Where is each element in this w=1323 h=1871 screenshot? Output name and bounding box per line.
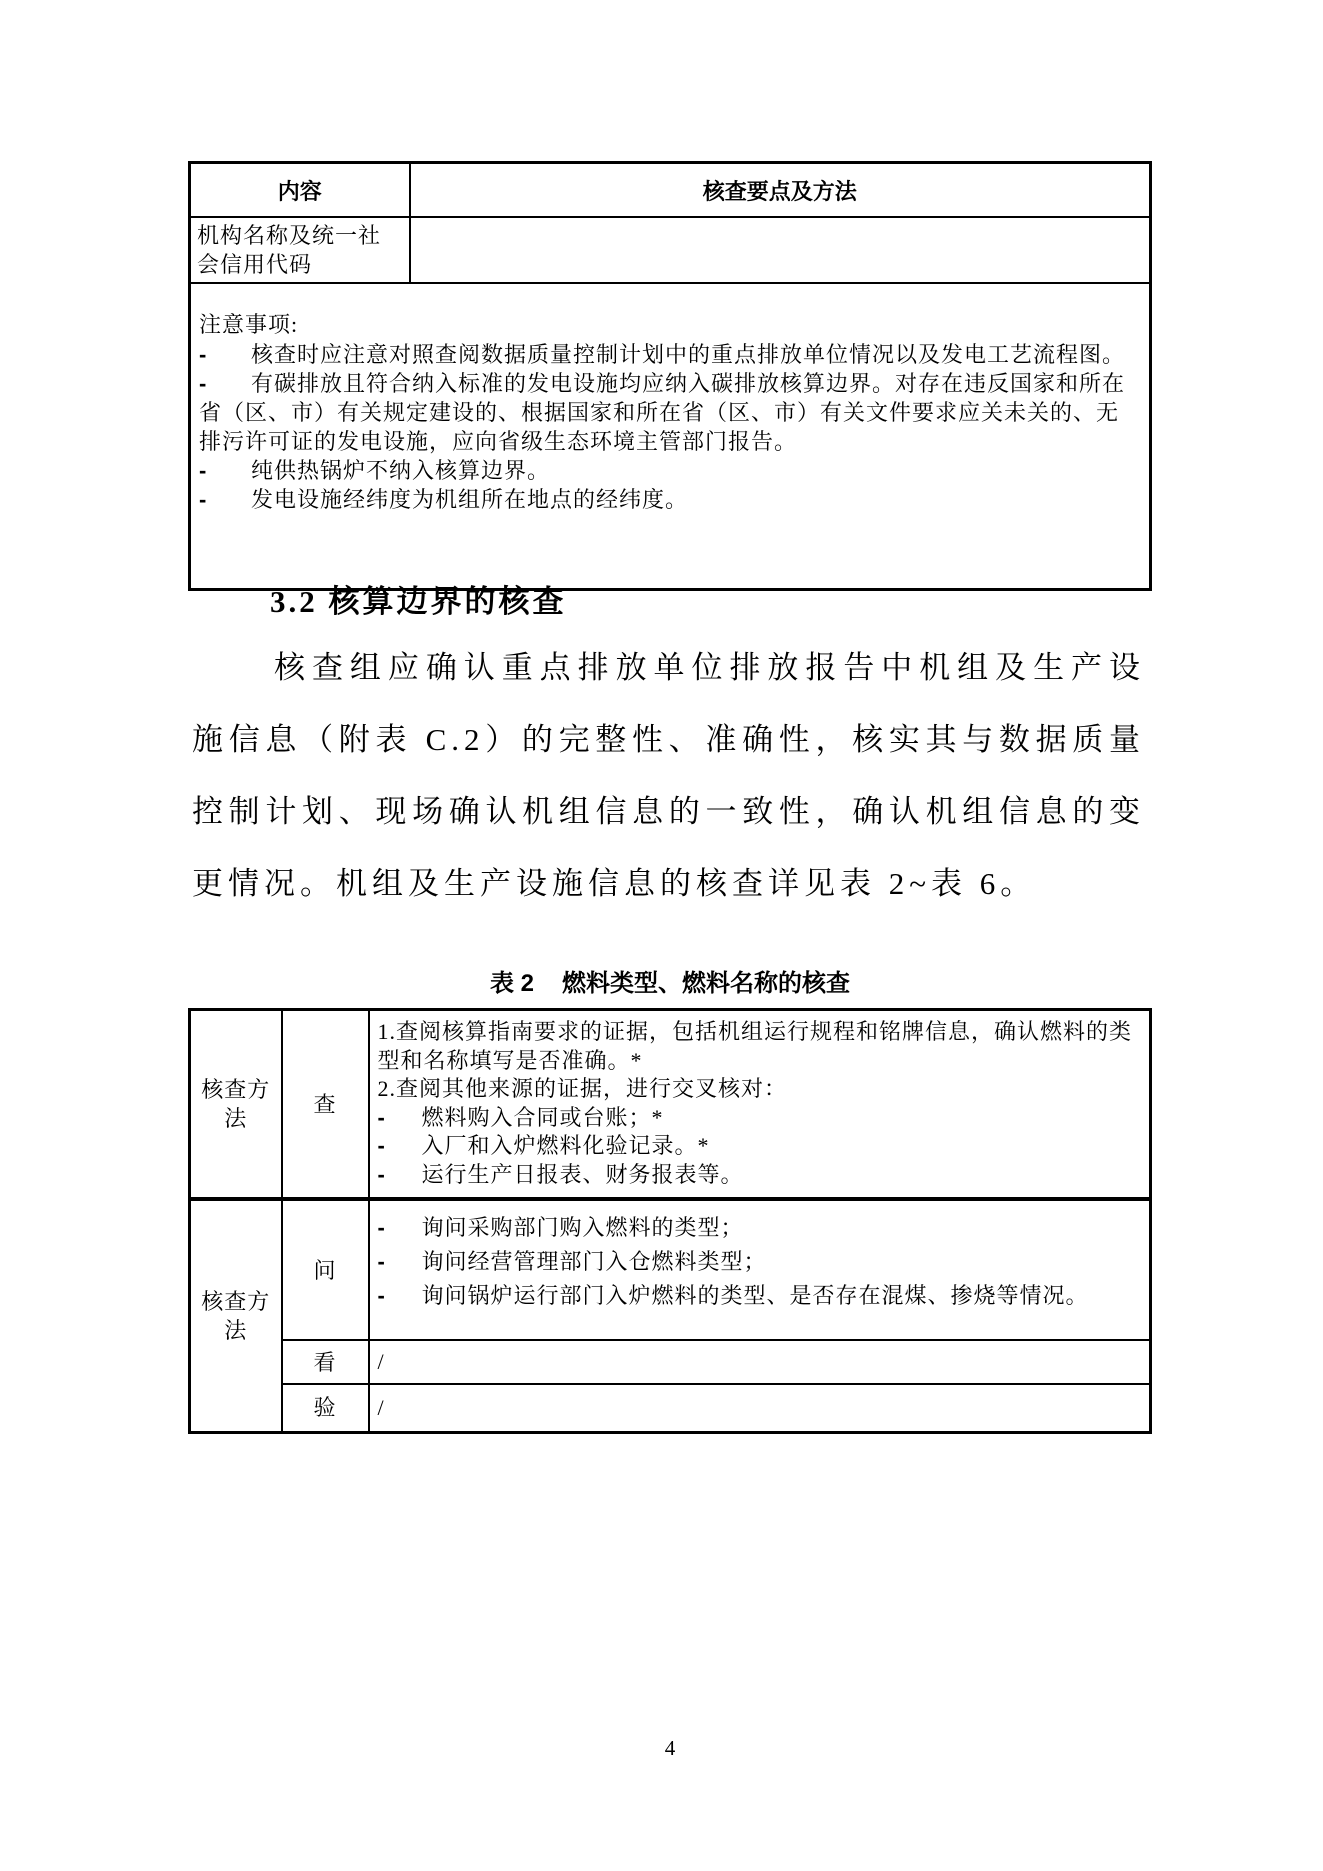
- notes-title: 注意事项:: [199, 310, 1139, 339]
- table-row: 验 /: [190, 1384, 1151, 1432]
- bullet-item: -询问经营管理部门入仓燃料类型；: [378, 1245, 1142, 1279]
- table-row: 注意事项: -核查时应注意对照查阅数据质量控制计划中的重点排放单位情况以及发电工…: [190, 283, 1151, 590]
- note-item: -有碳排放且符合纳入标准的发电设施均应纳入碳排放核算边界。对存在违反国家和所在省…: [199, 369, 1139, 456]
- table2-caption: 表 2燃料类型、燃料名称的核查: [188, 963, 1152, 998]
- bullet-text: 询问经营管理部门入仓燃料类型；: [422, 1249, 767, 1274]
- note-item: -发电设施经纬度为机组所在地点的经纬度。: [199, 485, 1139, 514]
- table2-method-label: 核查方法: [190, 1199, 282, 1432]
- table-row: 核查方法 查 1.查阅核算指南要求的证据，包括机组运行规程和铭牌信息，确认燃料的…: [190, 1010, 1151, 1200]
- table2-caption-text: 燃料类型、燃料名称的核查: [562, 970, 850, 997]
- table2-check-content: 1.查阅核算指南要求的证据，包括机组运行规程和铭牌信息，确认燃料的类型和名称填写…: [369, 1010, 1151, 1200]
- bullet-text: 运行生产日报表、财务报表等。: [422, 1162, 744, 1187]
- bullet-dash: -: [378, 1161, 422, 1190]
- table2-action-check: 查: [282, 1010, 369, 1200]
- paragraph-line: 施信息（附表 C.2）的完整性、准确性，核实其与数据质量: [192, 704, 1145, 776]
- table2-caption-label: 表 2: [490, 970, 534, 997]
- table2-verify-content: /: [369, 1384, 1151, 1432]
- page-number: 4: [188, 1736, 1152, 1761]
- table-row: 内容 核查要点及方法: [190, 163, 1151, 218]
- paragraph-line: 控制计划、现场确认机组信息的一致性，确认机组信息的变: [192, 776, 1145, 848]
- bullet-dash: -: [199, 485, 251, 514]
- table2-method-label: 核查方法: [190, 1010, 282, 1200]
- table1-notes-cell: 注意事项: -核查时应注意对照查阅数据质量控制计划中的重点排放单位情况以及发电工…: [190, 283, 1151, 590]
- table2-action-look: 看: [282, 1340, 369, 1384]
- table2-action-verify: 验: [282, 1384, 369, 1432]
- table2-action-ask: 问: [282, 1199, 369, 1340]
- paragraph-line: 更情况。机组及生产设施信息的核查详见表 2~表 6。: [192, 848, 1145, 920]
- section-heading: 3.2 核算边界的核查: [270, 576, 567, 621]
- bullet-item: -运行生产日报表、财务报表等。: [378, 1161, 1142, 1190]
- note-item: -纯供热锅炉不纳入核算边界。: [199, 456, 1139, 485]
- table-content-method: 内容 核查要点及方法 机构名称及统一社会信用代码 注意事项: -核查时应注意对照…: [188, 161, 1152, 591]
- bullet-dash: -: [199, 340, 251, 369]
- bullet-text: 燃料购入合同或台账；*: [422, 1105, 664, 1130]
- bullet-item: -燃料购入合同或台账；*: [378, 1104, 1142, 1133]
- bullet-text: 询问锅炉运行部门入炉燃料的类型、是否存在混煤、掺烧等情况。: [422, 1283, 1089, 1308]
- bullet-dash: -: [199, 369, 251, 398]
- bullet-text: 入厂和入炉燃料化验记录。*: [422, 1133, 710, 1158]
- bullet-text: 询问采购部门购入燃料的类型；: [422, 1215, 744, 1240]
- table-row: 核查方法 问 -询问采购部门购入燃料的类型； -询问经营管理部门入仓燃料类型； …: [190, 1199, 1151, 1340]
- bullet-dash: -: [378, 1211, 422, 1245]
- bullet-item: -询问采购部门购入燃料的类型；: [378, 1211, 1142, 1245]
- table1-row-value: [410, 217, 1151, 283]
- note-text: 核查时应注意对照查阅数据质量控制计划中的重点排放单位情况以及发电工艺流程图。: [251, 342, 1125, 367]
- table1-row-label: 机构名称及统一社会信用代码: [190, 217, 410, 283]
- note-text: 纯供热锅炉不纳入核算边界。: [251, 458, 550, 483]
- bullet-dash: -: [199, 456, 251, 485]
- numbered-item: 1.查阅核算指南要求的证据，包括机组运行规程和铭牌信息，确认燃料的类型和名称填写…: [378, 1018, 1142, 1075]
- table2-ask-content: -询问采购部门购入燃料的类型； -询问经营管理部门入仓燃料类型； -询问锅炉运行…: [369, 1199, 1151, 1340]
- bullet-dash: -: [378, 1104, 422, 1133]
- note-item: -核查时应注意对照查阅数据质量控制计划中的重点排放单位情况以及发电工艺流程图。: [199, 340, 1139, 369]
- note-text: 发电设施经纬度为机组所在地点的经纬度。: [251, 487, 688, 512]
- document-page: 内容 核查要点及方法 机构名称及统一社会信用代码 注意事项: -核查时应注意对照…: [0, 0, 1323, 1871]
- bullet-dash: -: [378, 1279, 422, 1313]
- bullet-item: -询问锅炉运行部门入炉燃料的类型、是否存在混煤、掺烧等情况。: [378, 1279, 1142, 1313]
- table-fuel-type-check: 核查方法 查 1.查阅核算指南要求的证据，包括机组运行规程和铭牌信息，确认燃料的…: [188, 1008, 1152, 1434]
- bullet-dash: -: [378, 1245, 422, 1279]
- table-row: 看 /: [190, 1340, 1151, 1384]
- note-text: 有碳排放且符合纳入标准的发电设施均应纳入碳排放核算边界。对存在违反国家和所在省（…: [199, 371, 1125, 454]
- numbered-item: 2.查阅其他来源的证据，进行交叉核对：: [378, 1075, 1142, 1104]
- table2-look-content: /: [369, 1340, 1151, 1384]
- table-row: 机构名称及统一社会信用代码: [190, 217, 1151, 283]
- table1-header-content: 内容: [190, 163, 410, 218]
- bullet-item: -入厂和入炉燃料化验记录。*: [378, 1132, 1142, 1161]
- body-paragraph: 核查组应确认重点排放单位排放报告中机组及生产设 施信息（附表 C.2）的完整性、…: [192, 632, 1145, 920]
- paragraph-line: 核查组应确认重点排放单位排放报告中机组及生产设: [192, 632, 1145, 704]
- table1-header-method: 核查要点及方法: [410, 163, 1151, 218]
- bullet-dash: -: [378, 1132, 422, 1161]
